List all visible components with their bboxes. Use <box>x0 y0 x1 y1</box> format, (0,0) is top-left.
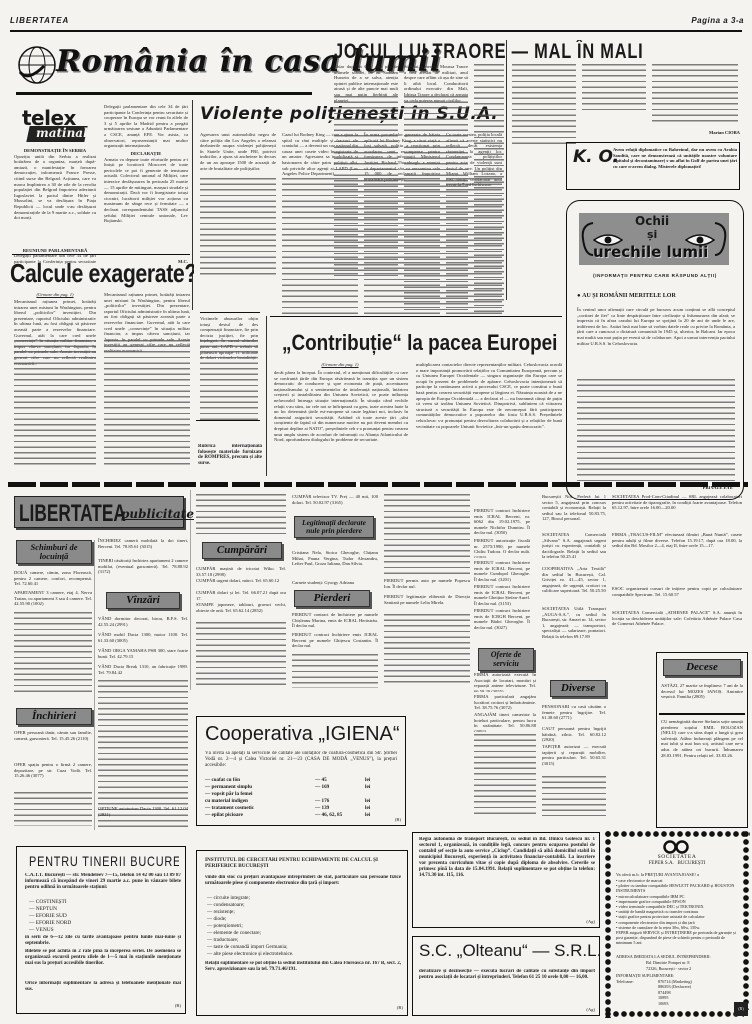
rubrica-note: Rubrica internațională folosește materia… <box>198 444 262 474</box>
institut-item: — alte piese electronice și electrotehni… <box>207 951 397 958</box>
category-schimburi: Schimburi de locuință <box>16 540 92 564</box>
olteanu-box: S.C. „Olteanu“ — S.R.L. deratizare și de… <box>412 936 600 1016</box>
regia-code: (Ag) <box>586 919 595 925</box>
tineri-title-text: PENTRU TINERII BUCUREȘTENI <box>29 853 179 869</box>
feper-item: • plotter cu tambur compatibile HEWLETT … <box>616 883 740 893</box>
tineri-body3: Orice informații suplimentare la adresa … <box>25 981 181 993</box>
decese-divider <box>659 713 745 715</box>
ad-diverse: TAPIȚER autorizat — execută tapițerii și… <box>542 744 606 774</box>
ad-angajari: SOCIETATEA Utilă Transport „AUGA-S.A.”, … <box>542 606 606 642</box>
column-divider <box>266 316 267 476</box>
feper-items: • case electronice de marcat • plotter c… <box>616 878 740 946</box>
feper-company-1: SOCIETATEA <box>614 854 740 860</box>
institut-item: — rezistențe; <box>207 909 397 916</box>
ad-legitimatii: Cristiana Nela, Stoica Gheorghe, Chițanu… <box>292 550 378 580</box>
institut-item: — diode; <box>207 916 397 923</box>
masthead-rule <box>10 30 742 32</box>
service-row: — tratament cosmetic— 139lei <box>205 805 397 812</box>
ochii-title-1: Ochii <box>635 214 669 228</box>
ear-right-icon <box>713 221 727 257</box>
feper-address-label: ADRESA IMEDIATA LA SEDIUL INTREPRINDERII… <box>616 954 740 959</box>
calcule-top-rule <box>12 254 190 255</box>
tineri-intro: C.A.T.T. București — str. Mendeleev 7—15… <box>25 873 181 897</box>
ad-vinzari: VÂND Dacia Break 1310, an fabricație 198… <box>98 664 188 678</box>
ad-schimburi: DOUĂ camere, cămin, zona Florească, pent… <box>14 570 92 590</box>
igiena-box: Cooperativa „IGIENA“ Vă invită să apelaț… <box>196 716 406 826</box>
tineri-body1: în serii de 6—12 zile cu tarife avantajo… <box>25 935 181 947</box>
service-price: — 139 <box>315 805 365 812</box>
traore-lines-4 <box>512 64 576 144</box>
ochii-header: Ochii și urechile lumii <box>579 213 729 265</box>
feper-phones-label: Telefoane: <box>616 979 634 984</box>
violente-lines-1 <box>200 178 276 278</box>
category-decese: Decese <box>663 659 741 676</box>
calcule-text-lines-col1 <box>14 340 96 466</box>
calcule-continuation: (Urmare din pag. 1) <box>14 292 96 298</box>
feper-company-2: FEPER S.A. BUCUREȘTI <box>614 861 740 866</box>
ad-pierderi: PIERDUT autorizație fiscală nr. 2575/199… <box>474 538 530 558</box>
ads-lines <box>196 622 286 686</box>
ad-cumparari: CUMPĂR urgent dolari, mărci. Tel. 65.60.… <box>196 578 286 590</box>
violente-lines-1b <box>200 340 258 420</box>
traore-lines-1 <box>334 96 398 276</box>
institut-item: — elemente de conectare; <box>207 930 397 937</box>
category-legitimatii: Legitimații declarate nule prin pierdere <box>294 516 374 538</box>
ads-lines <box>196 494 286 534</box>
telex-logo: telex matinal <box>14 106 90 146</box>
ad-angajari: SOCIETATEA Comercială „Silvano” S.A. ang… <box>542 532 606 562</box>
section-separator <box>8 482 748 487</box>
service-price: — 45 <box>315 777 365 784</box>
igiena-title: Cooperativa „IGIENA“ <box>205 723 400 746</box>
ad-oferte: FIRMA particulară angajăm lucrători croi… <box>474 694 536 710</box>
olteanu-text: deratizare și dezinsecție — execută lucr… <box>419 969 595 999</box>
ko-box: K. O. Avem relații diplomatice cu Bahrei… <box>566 142 740 190</box>
ad-cumparari: CUMPĂR dolari și lei. Tel. 66.07.21 după… <box>196 590 286 602</box>
traore-title: JOCUL LUI TRAORE — MAL ÎN MALI <box>334 40 744 64</box>
contributie-continuation: (Urmare din pag. 1) <box>274 362 406 368</box>
ad-pierderi: PIERDUT legitimație eliberată de Direcți… <box>384 594 470 612</box>
feper-dotted-border-top <box>604 830 750 838</box>
telex-heading: DEMONSTRAȚIE ÎN SERBIA <box>14 148 96 154</box>
ad-anunt: ESOC organizează cursuri de inițiere pen… <box>612 586 742 604</box>
igiena-intro: Vă invită să apelați la serviciile de ca… <box>205 751 397 775</box>
calcule-title: Calcule exagerate? <box>10 258 194 292</box>
calcule-text-lines-col2 <box>104 340 190 466</box>
ads-lines <box>384 614 470 686</box>
institut-item: — condensatoare; <box>207 902 397 909</box>
ad-oferte: FIRMA autorizată execută în Asociații de… <box>474 672 536 692</box>
masthead: LIBERTATEA Pagina a 3-a <box>8 14 748 36</box>
ads-banner-main: LIBERTATEA <box>19 500 129 526</box>
service-name: — permanent simplu <box>205 784 315 791</box>
traore-lines-6 <box>652 64 738 122</box>
ad-cumparari: CUMPĂR televizor TV. Preț — 40 mii, 100 … <box>292 494 378 512</box>
ad-angajari: COOPERATIVA „Arta Textilă” din sediul în… <box>542 566 606 602</box>
ad-pierderi: PIERDUT contract închiriere emis ICRAL B… <box>474 508 530 536</box>
station-item: — EFORIE NORD <box>29 920 169 927</box>
service-price <box>315 791 365 798</box>
service-row: — coafat cu fön— 45lei <box>205 777 397 784</box>
category-vinzari: Vînzări <box>106 592 180 609</box>
contributie-title: „Contribuție“ la pacea Europei <box>282 330 566 362</box>
service-unit: lei <box>365 812 370 819</box>
banner-underline <box>16 92 312 95</box>
tineri-title: PENTRU TINERII BUCUREȘTENI <box>29 853 179 871</box>
service-name: — tratament cosmetic <box>205 805 315 812</box>
ad-deces: ASTĂZI, 27 martie se împlinesc 7 ani de … <box>661 683 743 711</box>
service-price: — 46, 62, 85 <box>315 812 365 819</box>
contributie-col1: decât pârea la început. În contextul, el… <box>274 370 408 468</box>
service-price: — 169 <box>315 784 365 791</box>
ads-banner-script: publicitate <box>121 507 194 521</box>
rubrica-rule <box>196 420 260 421</box>
ochii-headline-text: AU ȘI ROMÂNII MERITELE LOR <box>582 293 676 299</box>
traore-title-text: JOCUL LUI TRAORE — MAL ÎN MALI <box>334 40 643 64</box>
traore-signature: Marian CIOBA <box>660 130 740 136</box>
tineri-box: PENTRU TINERII BUCUREȘTENI C.A.T.T. Bucu… <box>16 846 186 1014</box>
olteanu-code: (Ag) <box>586 1007 595 1013</box>
service-row: — vopsit păr la femei <box>205 791 397 798</box>
ad-diverse: PENSIONARI cu casă căutăm o femeie pentr… <box>542 704 606 724</box>
telex-body: Opoziția unită din Serbia a realizat hot… <box>14 154 96 246</box>
ads-banner: LIBERTATEA publicitate <box>14 496 184 528</box>
ads-lines <box>474 734 536 816</box>
section-banner: România în casa lumii <box>14 40 314 92</box>
service-row: — epilat picioare— 46, 62, 85lei <box>205 812 397 819</box>
service-name: — epilat picioare <box>205 812 315 819</box>
ad-pierderi: PIERDUT contract de închiriere pe numele… <box>292 612 378 632</box>
feper-phones: 876714 (Marketing) 886393 (Desfacere) 87… <box>658 979 738 1006</box>
service-name: — coafat cu fön <box>205 777 315 784</box>
feper-logo-icon <box>662 840 690 854</box>
contributie-col2: multiplicarea contactelor directe reprez… <box>416 362 562 468</box>
ads-lines <box>542 776 606 816</box>
feper-info-label: INFORMAȚII SUPLIMENTARE: <box>616 973 740 978</box>
station-item: — NEPTUN <box>29 906 169 913</box>
station-item: — EFORIE SUD <box>29 913 169 920</box>
service-price: — 176 <box>315 798 365 805</box>
ad-vinzari: VÂND ORGA YAMAHA PSR 300, stare foarte b… <box>98 648 188 662</box>
column-divider <box>506 40 507 300</box>
ochii-body: În centrul unor afirmații care circulă p… <box>577 307 735 377</box>
paper-name: LIBERTATEA <box>10 16 69 25</box>
column-divider <box>190 490 191 690</box>
igiena-code: (R) <box>395 817 401 823</box>
ads-lines <box>14 612 92 692</box>
ads-banner-main-text: LIBERTATEA <box>19 500 126 526</box>
feper-address-1: Bd. Dimitrie Pompei nr. 8 <box>646 960 742 965</box>
traore-lines-2 <box>404 96 468 312</box>
ad-inchirieri: OFER persoană tânăr, cămin sau familie, … <box>14 730 92 758</box>
olteanu-title: S.C. „Olteanu“ — S.R.L. <box>419 941 601 961</box>
ad-anunt: FIRMA „TRACUS-FILM” efectuează filmări „… <box>612 532 742 576</box>
tineri-body2: Biletele se pot achita în 2 rate pînă la… <box>25 949 181 979</box>
ad-cumparari: CUMPĂR mașină de tricotat Wiko. Tel. 33.… <box>196 566 286 578</box>
ochii-subtitle: (INFORMAȚII PENTRU CARE RĂSPUND ALȚII) <box>575 273 735 278</box>
traore-lines-5 <box>582 64 646 114</box>
station-item: — VENUS <box>29 927 169 934</box>
ads-lines <box>292 654 378 688</box>
ad-diverse: CAUT persoană pentru îngrijit bătrână, z… <box>542 726 606 742</box>
ochii-title-2: și <box>647 228 657 241</box>
ad-schimburi: APARTAMENT 3 camere, etaj 4, Nerva Traia… <box>14 590 92 610</box>
feper-box: SOCIETATEA FEPER S.A. BUCUREȘTI Va oferă… <box>604 830 750 1020</box>
traore-lines-3 <box>474 64 504 314</box>
ad-inchirieri: OFER spațiu pentru o firmă 2 camere, dep… <box>14 762 92 790</box>
ad-oferte: ANGAJĂM tineri cameriste la hoteluri par… <box>474 712 536 732</box>
contributie-top-rule <box>270 316 562 317</box>
service-unit: lei <box>365 805 370 812</box>
service-row: — permanent simplu— 169lei <box>205 784 397 791</box>
ad-vinzari: OPTIUNE autoturism Dacia 1300. Tel. 61.1… <box>98 806 188 820</box>
globe-icon <box>16 44 58 86</box>
institut-item: — circuite integrate; <box>207 895 397 902</box>
ad-inchirieri: ÎNCHIRIEZ cameră mobilată la doi tineri,… <box>98 538 188 558</box>
page-label: Pagina a 3-a <box>691 16 744 25</box>
ad-anunt: SOCIETATEA Comercială „ATHENEE PALACE” S… <box>612 610 742 638</box>
contributie-title-text: „Contribuție“ la pacea Europei <box>282 330 557 356</box>
ochii-box: Ochii și urechile lumii (INFORMAȚII PENT… <box>566 200 744 500</box>
station-item: — COSTINEȘTI <box>29 899 169 906</box>
ad-pierderi: PIERDUT contract închiriere emis ICRAL B… <box>292 632 378 652</box>
igiena-services: — coafat cu fön— 45lei — permanent simpl… <box>205 777 397 819</box>
ad-vinzari: VÂND dormitor decorat, birou, B.F.S. Tel… <box>98 616 188 630</box>
telex-body-cont: Delegații parlamentare din cele 34 de ță… <box>104 104 188 148</box>
ad-pierderi: PIERDUT contract închiriere emis de ICRA… <box>474 584 530 606</box>
service-unit: lei <box>365 777 370 784</box>
feper-phone: 10693 <box>658 1001 738 1006</box>
category-inchirieri: Închirieri <box>16 708 92 725</box>
feper-item: FEPER asigură SERVICE și INTREȚINERE pe … <box>616 930 740 946</box>
ads-lines <box>14 792 92 826</box>
ad-inchirieri: TINERI căsătoriți închiriez apartament 2… <box>98 558 188 580</box>
ads-lines <box>384 494 470 574</box>
ad-vinzari: VÂND mobil Dacia 1300, motor 1100. Tel. … <box>98 632 188 646</box>
tineri-code: (R) <box>175 1003 181 1009</box>
institut-code: (R) <box>397 1005 403 1011</box>
telex-body: Armata va depune toate eforturile pentru… <box>104 157 188 257</box>
decese-box: Decese ASTĂZI, 27 martie se împlinesc 7 … <box>656 652 748 828</box>
ko-text: Avem relații diplomatice cu Bahreinul, d… <box>613 147 737 187</box>
category-oferte: Oferte de serviciu <box>478 648 534 671</box>
ad-pierderi: PIERDUT contract închiriere emis de ICRG… <box>474 608 530 630</box>
service-unit: lei <box>365 784 370 791</box>
ad-deces: CU nemărginită durere Stefania soție anu… <box>661 719 743 823</box>
service-name: cu material indigen <box>205 798 315 805</box>
institut-item: — traductoare; <box>207 937 397 944</box>
institut-items: — circuite integrate; — condensatoare; —… <box>207 895 397 958</box>
category-cumparari: Cumpărări <box>202 542 282 559</box>
ochii-headline: ● AU ȘI ROMÂNII MERITELE LOR <box>577 293 737 299</box>
ad-cumparari: STAMPE japoneze, tablouri, gravuri vechi… <box>196 602 286 620</box>
feper-dotted-border-left <box>604 830 612 1018</box>
category-diverse: Diverse <box>550 680 606 697</box>
ad-pierderi: PIERDUT contract închiriere emis de ICRA… <box>474 560 530 582</box>
ochii-lines <box>577 379 735 483</box>
institut-footer: Relații suplimentare se pot obține la se… <box>205 961 401 985</box>
institut-box: INSTITUTUL DE CERCETĂRI PENTRU ECHIPAMEN… <box>196 850 408 1016</box>
feper-code: (R) <box>734 1002 748 1016</box>
ad-anunt: SOCIETATEA Prod-Com-Citadinul — SRL anga… <box>612 494 742 528</box>
regia-text: Regia autonomă de transport București, c… <box>419 837 595 919</box>
service-name: — vopsit păr la femei <box>205 791 315 798</box>
regia-box: Regia autonomă de transport București, c… <box>412 832 600 928</box>
tineri-stations: — COSTINEȘTI — NEPTUN — EFORIE SUD — EFO… <box>29 899 169 934</box>
telex-logo-bottom: matinal <box>36 126 88 140</box>
ad-pierderi: PIERDUT permis auto pe numele Popescu Io… <box>384 578 470 592</box>
column-divider <box>94 540 95 830</box>
calcule-title-text: Calcule exagerate? <box>10 258 194 289</box>
category-pierderi: Pierderi <box>294 590 370 607</box>
service-row: cu material indigen— 176lei <box>205 798 397 805</box>
ochii-title-3: urechile lumii <box>593 243 708 261</box>
institut-intro: vinde din stoc cu prețuri avantajoase în… <box>205 875 401 893</box>
violente-bottom-rule <box>200 312 260 313</box>
institut-heading: INSTITUTUL DE CERCETĂRI PENTRU ECHIPAMEN… <box>205 857 401 875</box>
institut-item: — taste de comandă import Germania; <box>207 944 397 951</box>
feper-dotted-border-right <box>742 830 750 1010</box>
ad-angajari: Bucureștii Noi. Preferă lui 1 sector 5, … <box>542 494 606 524</box>
feper-address-2: 72326, București - sector 2 <box>646 966 742 971</box>
service-unit: lei <box>365 798 370 805</box>
feper-intro: Va oferă m.b. la PREȚURI AVANTAJOASE! a <box>616 872 740 877</box>
feper-dotted-border-bottom <box>604 1010 744 1018</box>
institut-item: — potențiometri; <box>207 923 397 930</box>
